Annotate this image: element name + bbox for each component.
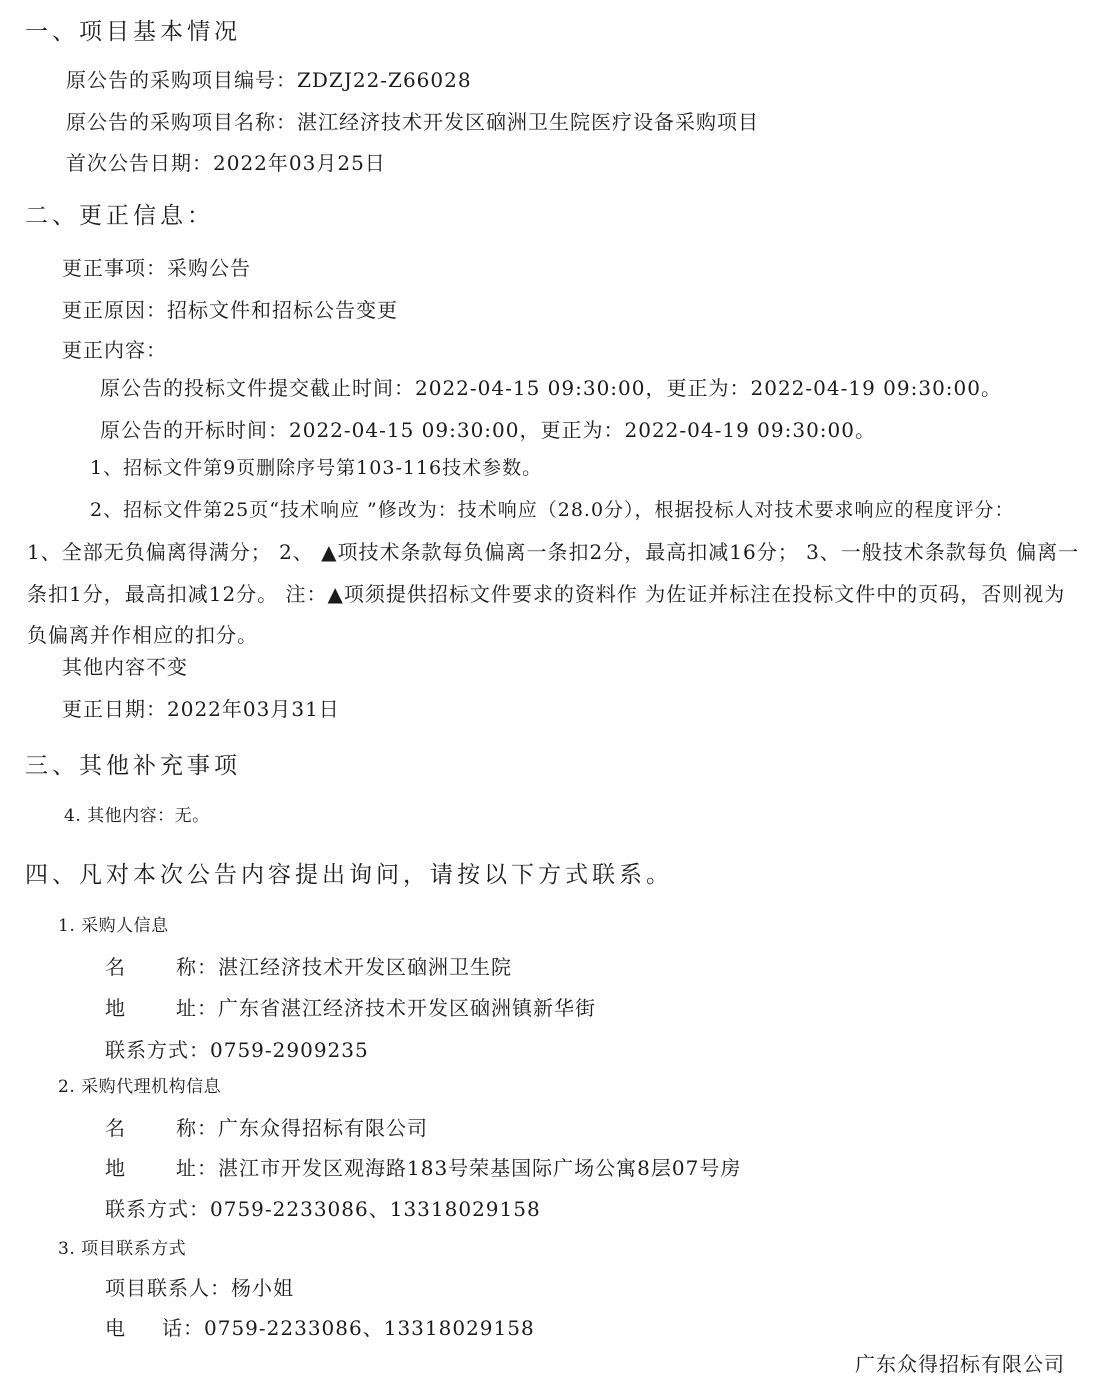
first-announcement-date-value: 2022年03月25日 bbox=[213, 151, 386, 175]
agency-info-heading: 2. 采购代理机构信息 bbox=[58, 1077, 221, 1098]
purchaser-info-heading: 1. 采购人信息 bbox=[58, 916, 169, 937]
other-content-value: 无。 bbox=[175, 806, 210, 826]
label-char: 称 bbox=[176, 1116, 197, 1141]
label-colon: ： bbox=[197, 1116, 218, 1141]
label-char: 电 bbox=[105, 1316, 126, 1341]
project-contact-person-line: 项目联系人：杨小姐 bbox=[105, 1276, 294, 1301]
original-project-name-value: 湛江经济技术开发区硇洲卫生院医疗设备采购项目 bbox=[297, 110, 759, 134]
purchaser-name-line: 名称：湛江经济技术开发区硇洲卫生院 bbox=[105, 955, 512, 980]
agency-contact-value: 0759-2233086、13318029158 bbox=[210, 1197, 541, 1221]
scoring-paragraph-line-1: 1、全部无负偏离得满分； 2、 ▲项技术条款每负偏离一条扣2分，最高扣减16分；… bbox=[27, 540, 1079, 565]
agency-address-line: 地址：湛江市开发区观海路183号荣基国际广场公寓8层07号房 bbox=[105, 1156, 741, 1181]
correction-matter-label: 更正事项： bbox=[62, 256, 167, 280]
label-char: 名 bbox=[105, 955, 126, 980]
correction-date-label: 更正日期： bbox=[62, 697, 167, 721]
project-phone-value: 0759-2233086、13318029158 bbox=[204, 1316, 535, 1340]
purchaser-name-value: 湛江经济技术开发区硇洲卫生院 bbox=[218, 955, 512, 979]
other-content-label: 4. 其他内容： bbox=[64, 806, 175, 826]
change-item-2: 2、招标文件第25页“技术响应 ”修改为：技术响应（28.0分），根据投标人对技… bbox=[90, 499, 1015, 523]
correction-reason-line: 更正原因：招标文件和招标公告变更 bbox=[62, 298, 398, 323]
other-content-line: 4. 其他内容：无。 bbox=[64, 806, 210, 827]
purchaser-address-value: 广东省湛江经济技术开发区硇洲镇新华街 bbox=[218, 996, 596, 1020]
label-colon: ： bbox=[197, 996, 218, 1021]
label-char: 名 bbox=[105, 1116, 126, 1141]
purchaser-contact-value: 0759-2909235 bbox=[210, 1038, 369, 1062]
correction-announcement-page: { "doc": { "s1": { "heading": "一、项目基本情况"… bbox=[0, 0, 1105, 1391]
label-colon: ： bbox=[183, 1316, 204, 1341]
agency-name-value: 广东众得招标有限公司 bbox=[218, 1116, 428, 1140]
correction-date-line: 更正日期：2022年03月31日 bbox=[62, 697, 340, 722]
section3-heading: 三、其他补充事项 bbox=[25, 752, 241, 781]
scoring-paragraph-line-2: 条扣1分，最高扣减12分。 注：▲项须提供招标文件要求的资料作 为佐证并标注在投… bbox=[27, 582, 1065, 607]
project-contact-person-label: 项目联系人： bbox=[105, 1276, 231, 1300]
correction-content-label: 更正内容： bbox=[62, 338, 167, 363]
label-colon: ： bbox=[197, 1156, 218, 1181]
bid-opening-correction-line: 原公告的开标时间：2022-04-15 09:30:00，更正为：2022-04… bbox=[100, 418, 876, 443]
agency-contact-line: 联系方式：0759-2233086、13318029158 bbox=[105, 1197, 541, 1222]
other-content-unchanged-note: 其他内容不变 bbox=[62, 655, 188, 680]
label-char: 称 bbox=[176, 955, 197, 980]
first-announcement-date-line: 首次公告日期：2022年03月25日 bbox=[66, 151, 386, 176]
project-contact-person-value: 杨小姐 bbox=[231, 1276, 294, 1300]
label-char: 地 bbox=[105, 996, 126, 1021]
project-phone-label: 电话 bbox=[105, 1316, 183, 1341]
change-item-1: 1、招标文件第9页删除序号第103-116技术参数。 bbox=[90, 457, 542, 481]
original-project-name-label: 原公告的采购项目名称： bbox=[66, 110, 297, 134]
agency-address-value: 湛江市开发区观海路183号荣基国际广场公寓8层07号房 bbox=[218, 1156, 741, 1180]
agency-address-label: 地址 bbox=[105, 1156, 197, 1181]
section4-heading: 四、凡对本次公告内容提出询问，请按以下方式联系。 bbox=[25, 861, 673, 890]
label-char: 址 bbox=[176, 1156, 197, 1181]
original-project-name-line: 原公告的采购项目名称：湛江经济技术开发区硇洲卫生院医疗设备采购项目 bbox=[66, 110, 759, 135]
original-project-number-line: 原公告的采购项目编号：ZDZJ22-Z66028 bbox=[66, 68, 472, 93]
purchaser-name-label: 名称 bbox=[105, 955, 197, 980]
project-contact-heading: 3. 项目联系方式 bbox=[58, 1239, 186, 1260]
correction-reason-label: 更正原因： bbox=[62, 298, 167, 322]
correction-matter-line: 更正事项：采购公告 bbox=[62, 256, 251, 281]
agency-name-label: 名称 bbox=[105, 1116, 197, 1141]
correction-date-value: 2022年03月31日 bbox=[167, 697, 340, 721]
agency-contact-label: 联系方式： bbox=[105, 1197, 210, 1221]
original-project-number-label: 原公告的采购项目编号： bbox=[66, 68, 297, 92]
purchaser-address-label: 地址 bbox=[105, 996, 197, 1021]
footer-agency-signature: 广东众得招标有限公司 bbox=[855, 1352, 1065, 1377]
original-project-number-value: ZDZJ22-Z66028 bbox=[297, 68, 472, 92]
purchaser-contact-label: 联系方式： bbox=[105, 1038, 210, 1062]
correction-matter-value: 采购公告 bbox=[167, 256, 251, 280]
section2-heading: 二、更正信息： bbox=[25, 202, 214, 231]
label-colon: ： bbox=[197, 955, 218, 980]
scoring-paragraph-line-3: 负偏离并作相应的扣分。 bbox=[27, 623, 258, 648]
bid-deadline-correction-line: 原公告的投标文件提交截止时间：2022-04-15 09:30:00，更正为：2… bbox=[100, 376, 1002, 401]
project-phone-line: 电话：0759-2233086、13318029158 bbox=[105, 1316, 535, 1341]
purchaser-contact-line: 联系方式：0759-2909235 bbox=[105, 1038, 369, 1063]
label-char: 地 bbox=[105, 1156, 126, 1181]
purchaser-address-line: 地址：广东省湛江经济技术开发区硇洲镇新华街 bbox=[105, 996, 596, 1021]
first-announcement-date-label: 首次公告日期： bbox=[66, 151, 213, 175]
section1-heading: 一、项目基本情况 bbox=[25, 18, 241, 47]
correction-reason-value: 招标文件和招标公告变更 bbox=[167, 298, 398, 322]
label-char: 址 bbox=[176, 996, 197, 1021]
agency-name-line: 名称：广东众得招标有限公司 bbox=[105, 1116, 428, 1141]
label-char: 话 bbox=[162, 1316, 183, 1341]
